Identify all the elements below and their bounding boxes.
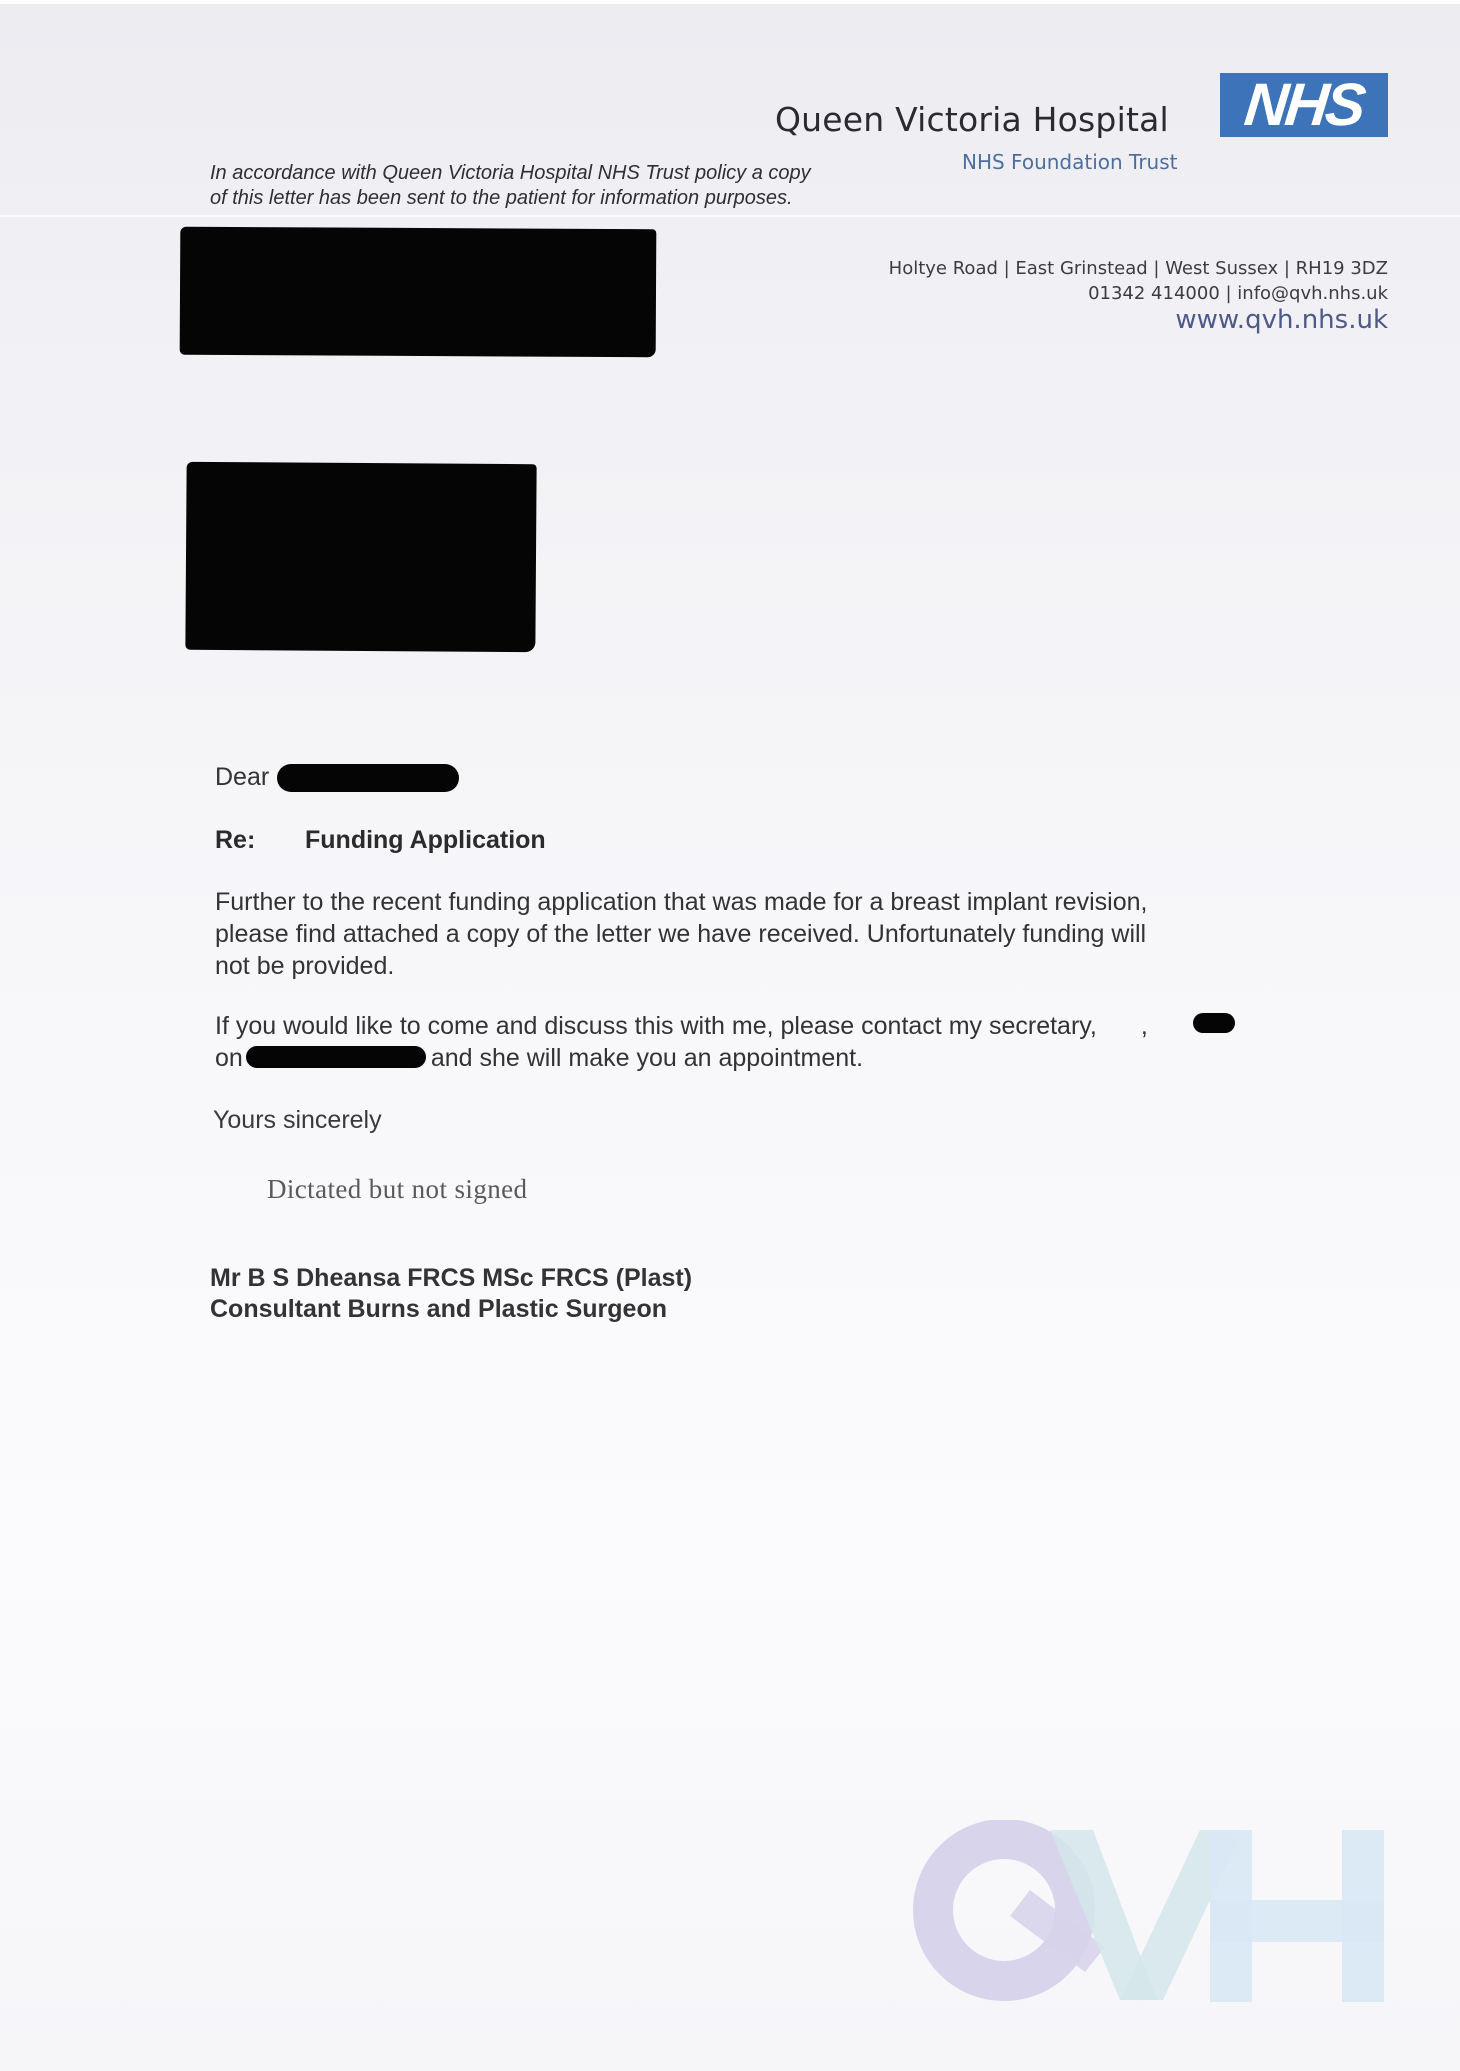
paragraph-text: , (1141, 1012, 1148, 1040)
paragraph-line: Further to the recent funding applicatio… (215, 886, 1265, 918)
policy-note: In accordance with Queen Victoria Hospit… (210, 161, 811, 211)
letter-subject: Funding Application (305, 826, 546, 855)
dictated-note: Dictated but not signed (267, 1174, 527, 1205)
paper-fold (0, 215, 1460, 217)
paragraph-text: on (215, 1044, 243, 1072)
redacted-patient-address (185, 462, 536, 652)
paragraph-text: If you would like to come and discuss th… (215, 1012, 1097, 1040)
redacted-recipient-address (180, 227, 657, 357)
re-label: Re: (215, 826, 255, 855)
redacted-phone-number (246, 1046, 426, 1068)
nhs-logo-text: NHS (1242, 75, 1366, 135)
paragraph-funding-decision: Further to the recent funding applicatio… (215, 886, 1265, 982)
closing: Yours sincerely (213, 1106, 382, 1135)
website-link[interactable]: www.qvh.nhs.uk (1175, 305, 1388, 335)
page-top-edge (0, 0, 1460, 4)
redacted-secretary-name (1193, 1013, 1235, 1033)
hospital-name: Queen Victoria Hospital (775, 100, 1169, 139)
paragraph-text: and she will make you an appointment. (431, 1044, 863, 1072)
paragraph-line: please find attached a copy of the lette… (215, 918, 1265, 950)
salutation: Dear (215, 763, 269, 792)
contact-line: 01342 414000 | info@qvh.nhs.uk (889, 281, 1388, 306)
nhs-logo: NHS (1220, 73, 1388, 137)
signatory-title: Consultant Burns and Plastic Surgeon (210, 1293, 667, 1326)
policy-note-line: In accordance with Queen Victoria Hospit… (210, 161, 811, 186)
watermark-letter-h (1210, 1830, 1384, 2002)
redacted-salutation-name (277, 764, 459, 792)
paragraph-line: not be provided. (215, 950, 1265, 982)
signatory-name: Mr B S Dheansa FRCS MSc FRCS (Plast) (210, 1262, 692, 1295)
policy-note-line: of this letter has been sent to the pati… (210, 186, 811, 211)
qvh-watermark-logo (910, 1820, 1390, 2010)
paragraph-line: If you would like to come and discuss th… (215, 1010, 1265, 1042)
address-line: Holtye Road | East Grinstead | West Suss… (889, 256, 1388, 281)
hospital-address: Holtye Road | East Grinstead | West Suss… (889, 256, 1388, 306)
foundation-trust-label: NHS Foundation Trust (962, 150, 1178, 174)
